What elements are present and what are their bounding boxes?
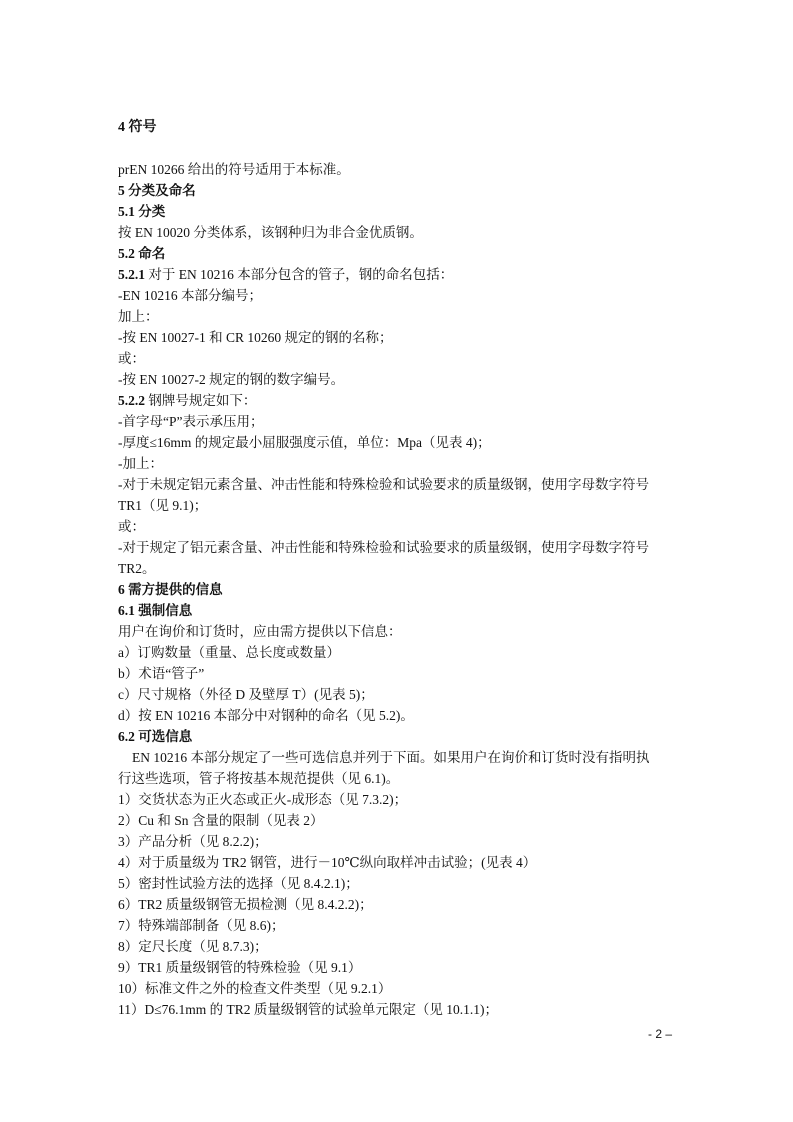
paragraph-line: 按 EN 10020 分类体系，该钢种归为非合金优质钢。 [118, 223, 423, 243]
paragraph-line: TR1（见 9.1)； [118, 496, 207, 516]
paragraph-line: 或： [118, 349, 145, 369]
clause-text: 对于 EN 10216 本部分包含的管子，钢的命名包括： [145, 267, 453, 282]
paragraph-line: 行这些选项，管子将按基本规范提供（见 6.1)。 [118, 769, 399, 789]
section-heading: 4 符号 [118, 118, 157, 138]
section-heading: 6.1 强制信息 [118, 601, 192, 621]
paragraph-line: 2）Cu 和 Sn 含量的限制（见表 2） [118, 811, 324, 831]
clause-text: 钢牌号规定如下： [145, 393, 256, 408]
paragraph-line: d）按 EN 10216 本部分中对钢种的命名（见 5.2)。 [118, 706, 414, 726]
paragraph-line: 5.2.2 钢牌号规定如下： [118, 391, 256, 411]
paragraph-line: -对于未规定铝元素含量、冲击性能和特殊检验和试验要求的质量级钢，使用字母数字符号 [118, 475, 649, 495]
paragraph-line: -厚度≤16mm 的规定最小屈服强度示值，单位：Mpa（见表 4)； [118, 433, 491, 453]
paragraph-line: 5.2.1 对于 EN 10216 本部分包含的管子，钢的命名包括： [118, 265, 453, 285]
paragraph-line: 7）特殊端部制备（见 8.6)； [118, 916, 285, 936]
clause-number: 5.2.2 [118, 393, 145, 408]
paragraph-line: EN 10216 本部分规定了一些可选信息并列于下面。如果用户在询价和订货时没有… [118, 748, 650, 768]
clause-number: 5.2.1 [118, 267, 145, 282]
paragraph-line: 4）对于质量级为 TR2 钢管，进行－10℃纵向取样冲击试验；(见表 4） [118, 853, 536, 873]
paragraph-line: 11）D≤76.1mm 的 TR2 质量级钢管的试验单元限定（见 10.1.1)… [118, 1000, 498, 1020]
paragraph-line: -按 EN 10027-2 规定的钢的数字编号。 [118, 370, 344, 390]
section-heading: 6 需方提供的信息 [118, 580, 223, 600]
paragraph-line: prEN 10266 给出的符号适用于本标准。 [118, 160, 350, 180]
paragraph-line: 1）交货状态为正火态或正火-成形态（见 7.3.2)； [118, 790, 407, 810]
paragraph-line: -对于规定了铝元素含量、冲击性能和特殊检验和试验要求的质量级钢，使用字母数字符号 [118, 538, 649, 558]
paragraph-line: -首字母“P”表示承压用； [118, 412, 264, 432]
paragraph-line: TR2。 [118, 559, 156, 579]
paragraph-line: 或： [118, 517, 145, 537]
section-heading: 5 分类及命名 [118, 181, 196, 201]
paragraph-line: 6）TR2 质量级钢管无损检测（见 8.4.2.2)； [118, 895, 373, 915]
paragraph-line: 9）TR1 质量级钢管的特殊检验（见 9.1） [118, 958, 361, 978]
paragraph-line: 加上： [118, 307, 159, 327]
paragraph-line: a）订购数量（重量、总长度或数量） [118, 643, 340, 663]
section-heading: 5.1 分类 [118, 202, 165, 222]
paragraph-line: -按 EN 10027-1 和 CR 10260 规定的钢的名称； [118, 328, 393, 348]
paragraph-line: 5）密封性试验方法的选择（见 8.4.2.1)； [118, 874, 359, 894]
paragraph-line: -加上： [118, 454, 163, 474]
paragraph-line: 10）标准文件之外的检查文件类型（见 9.2.1） [118, 979, 391, 999]
paragraph-line: 3）产品分析（见 8.2.2)； [118, 832, 268, 852]
paragraph-line: c）尺寸规格（外径 D 及壁厚 T）(见表 5)； [118, 685, 374, 705]
section-heading: 5.2 命名 [118, 244, 165, 264]
page-number: - 2 – [648, 1027, 672, 1041]
paragraph-line: 用户在询价和订货时，应由需方提供以下信息： [118, 622, 402, 642]
paragraph-line: -EN 10216 本部分编号； [118, 286, 262, 306]
section-heading: 6.2 可选信息 [118, 727, 192, 747]
paragraph-line: 8）定尺长度（见 8.7.3)； [118, 937, 268, 957]
paragraph-line: b）术语“管子” [118, 664, 204, 684]
